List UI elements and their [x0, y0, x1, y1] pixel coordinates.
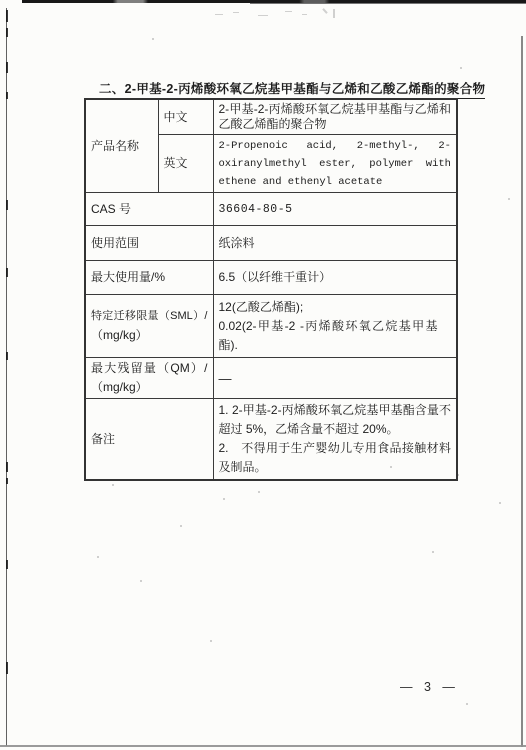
- scan-top-edge-secondary: [250, 3, 526, 4]
- qm-label-line2: （mg/kg）: [91, 378, 208, 397]
- scan-left-tick: [6, 662, 8, 674]
- product-name-english-value: 2-Propenoic acid, 2-methyl-, 2-oxiranylm…: [213, 135, 457, 193]
- table-row-sml: 特定迁移限量（SML）/ （mg/kg） 12(乙酸乙烯酯); 0.02(2-甲…: [85, 295, 457, 358]
- scan-smudge: [322, 8, 328, 14]
- scan-speck: [97, 556, 99, 558]
- scan-speck: [180, 525, 182, 527]
- usage-scope-label: 使用范围: [85, 226, 213, 261]
- remarks-item-2: 2. 不得用于生产婴幼儿专用食品接触材料及制品。: [219, 439, 452, 477]
- sml-value: 12(乙酸乙烯酯); 0.02(2-甲基-2 -丙烯酸环氧乙烷基甲基酯).: [213, 295, 457, 358]
- scan-speck: [499, 502, 501, 504]
- qm-label-line1: 最大残留量（QM）/: [91, 359, 208, 378]
- page-number: — 3 —: [400, 680, 459, 694]
- table-row-remarks: 备注 1. 2-甲基-2-丙烯酸环氧乙烷基甲基酯含量不超过 5%，乙烯含量不超过…: [85, 399, 457, 481]
- scan-speck: [466, 703, 468, 705]
- scan-left-tick: [6, 268, 8, 277]
- scan-speck: [152, 38, 154, 40]
- scan-left-tick: [6, 62, 8, 73]
- scan-smudge: [285, 11, 292, 12]
- sml-label-line1: 特定迁移限量（SML）/: [91, 307, 208, 326]
- scan-speck: [223, 498, 225, 500]
- scan-speck: [140, 580, 142, 582]
- scan-left-tick: [6, 478, 8, 484]
- cas-number-label: CAS 号: [85, 193, 213, 226]
- scan-left-tick: [6, 28, 8, 37]
- table-row-cas-number: CAS 号 36604-80-5: [85, 193, 457, 226]
- remarks-label: 备注: [85, 399, 213, 481]
- scan-smudge: [302, 14, 307, 15]
- scan-speck: [508, 198, 510, 200]
- scan-speck: [460, 67, 462, 69]
- scan-left-edge-line: [6, 8, 7, 746]
- scan-speck: [432, 551, 434, 553]
- table-row-qm: 最大残留量（QM）/ （mg/kg） —: [85, 358, 457, 399]
- scan-left-tick: [6, 10, 8, 22]
- scan-bottom-edge-line: [0, 745, 526, 747]
- table-row-product-name-cn: 产品名称 中文 2-甲基-2-丙烯酸环氧乙烷基甲基酯与乙烯和乙酸乙烯酯的聚合物: [85, 99, 457, 135]
- scan-smudge: [233, 12, 239, 13]
- max-usage-label: 最大使用量/%: [85, 261, 213, 295]
- sml-label-line2: （mg/kg）: [91, 326, 208, 345]
- product-name-chinese-value: 2-甲基-2-丙烯酸环氧乙烷基甲基酯与乙烯和乙酸乙烯酯的聚合物: [213, 99, 457, 135]
- scan-smudge: [333, 9, 335, 18]
- sml-value-line1: 12(乙酸乙烯酯);: [219, 298, 452, 317]
- usage-scope-value: 纸涂料: [213, 226, 457, 261]
- substance-info-table: 产品名称 中文 2-甲基-2-丙烯酸环氧乙烷基甲基酯与乙烯和乙酸乙烯酯的聚合物 …: [84, 98, 458, 481]
- sml-label: 特定迁移限量（SML）/ （mg/kg）: [85, 295, 213, 358]
- english-sublabel: 英文: [158, 135, 213, 193]
- sml-value-line2: 0.02(2-甲基-2 -丙烯酸环氧乙烷基甲基酯).: [219, 317, 438, 355]
- scan-smudge: [215, 14, 223, 15]
- scan-right-edge-line: [521, 36, 523, 747]
- product-name-label: 产品名称: [85, 99, 158, 193]
- table-row-usage-scope: 使用范围 纸涂料: [85, 226, 457, 261]
- qm-value: —: [213, 358, 457, 399]
- chinese-sublabel: 中文: [158, 99, 213, 135]
- scan-speck: [112, 484, 114, 486]
- scan-speck: [258, 491, 260, 493]
- remarks-item-1: 1. 2-甲基-2-丙烯酸环氧乙烷基甲基酯含量不超过 5%，乙烯含量不超过 20…: [219, 401, 452, 439]
- section-title: 二、2-甲基-2-丙烯酸环氧乙烷基甲基酯与乙烯和乙酸乙烯酯的聚合物: [99, 79, 485, 99]
- scan-speck: [210, 640, 212, 642]
- remarks-value: 1. 2-甲基-2-丙烯酸环氧乙烷基甲基酯含量不超过 5%，乙烯含量不超过 20…: [213, 399, 457, 481]
- scan-left-tick: [6, 200, 8, 210]
- scan-left-tick: [6, 560, 8, 569]
- scan-left-tick: [6, 462, 8, 472]
- qm-label: 最大残留量（QM）/ （mg/kg）: [85, 358, 213, 399]
- scan-smudge: [258, 15, 268, 16]
- scanned-document-page: 二、2-甲基-2-丙烯酸环氧乙烷基甲基酯与乙烯和乙酸乙烯酯的聚合物 产品名称 中…: [0, 0, 526, 750]
- scan-left-tick: [6, 92, 8, 99]
- table-row-max-usage: 最大使用量/% 6.5（以纤维干重计）: [85, 261, 457, 295]
- max-usage-value: 6.5（以纤维干重计）: [213, 261, 457, 295]
- scan-left-tick: [6, 352, 8, 360]
- cas-number-value: 36604-80-5: [213, 193, 457, 226]
